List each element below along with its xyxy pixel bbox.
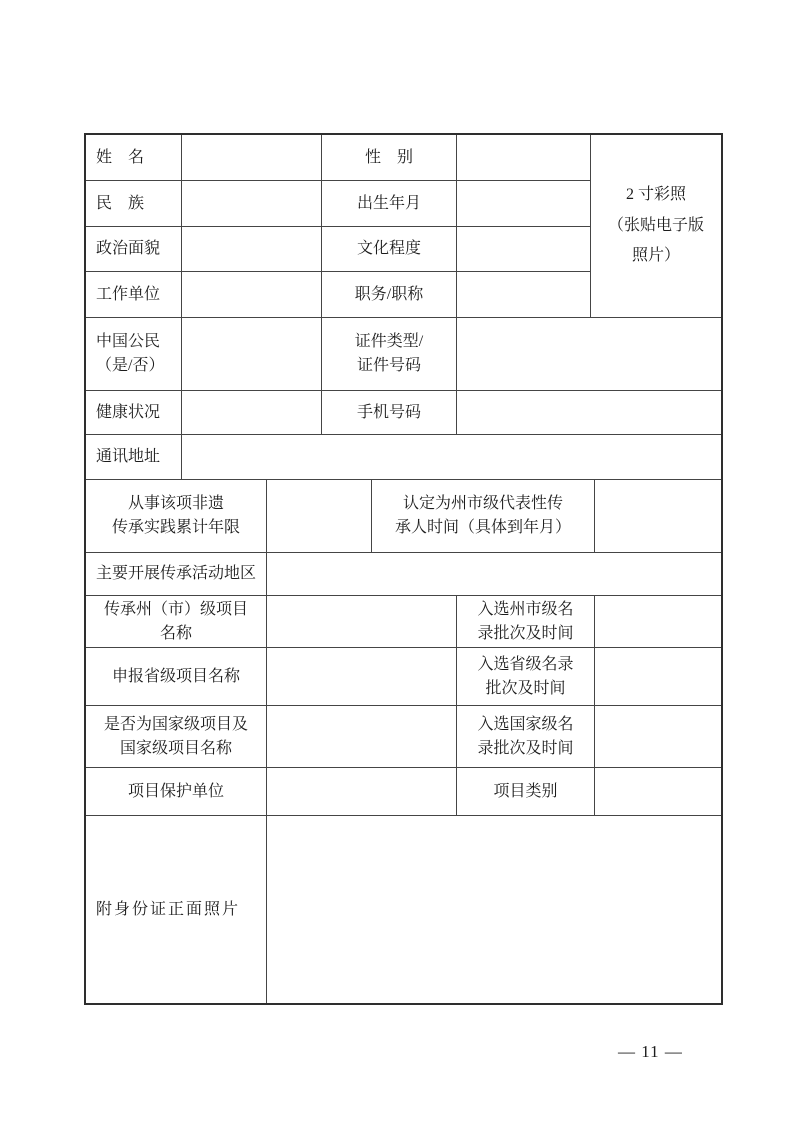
prefecture-batch-time-label: 入选州市级名 录批次及时间 <box>457 596 595 647</box>
position-title-label: 职务/职称 <box>322 272 457 317</box>
row-citizen-idnumber: 中国公民 （是/否） 证件类型/ 证件号码 <box>86 318 721 391</box>
birth-date-label: 出生年月 <box>322 181 457 226</box>
row-id-card-photo: 附身份证正面照片 <box>86 816 721 1003</box>
practice-years-label: 从事该项非遗 传承实践累计年限 <box>86 480 267 552</box>
id-card-photo-label: 附身份证正面照片 <box>86 816 267 1003</box>
gender-label: 性 别 <box>322 135 457 180</box>
national-project-name-value-cell <box>267 706 457 767</box>
row-provincial-project: 申报省级项目名称 入选省级名录 批次及时间 <box>86 648 721 706</box>
ethnicity-value-cell <box>182 181 322 226</box>
row-workunit-position: 工作单位 职务/职称 <box>86 272 590 317</box>
national-batch-time-label: 入选国家级名 录批次及时间 <box>457 706 595 767</box>
prefecture-batch-time-value-cell <box>595 596 721 647</box>
row-practice-recognition: 从事该项非遗 传承实践累计年限 认定为州市级代表性传 承人时间（具体到年月） <box>86 480 721 553</box>
mobile-value-cell <box>457 391 721 434</box>
position-title-value-cell <box>457 272 590 317</box>
address-label: 通讯地址 <box>86 435 182 479</box>
project-category-label: 项目类别 <box>457 768 595 815</box>
personal-info-left: 姓 名 性 别 民 族 出生年月 政治面貌 文化程度 <box>86 135 590 317</box>
provincial-project-name-value-cell <box>267 648 457 705</box>
health-label: 健康状况 <box>86 391 182 434</box>
name-label: 姓 名 <box>86 135 182 180</box>
recognized-time-label: 认定为州市级代表性传 承人时间（具体到年月） <box>372 480 595 552</box>
political-status-value-cell <box>182 227 322 271</box>
row-activity-area: 主要开展传承活动地区 <box>86 553 721 596</box>
prefecture-project-name-label: 传承州（市）级项目 名称 <box>86 596 267 647</box>
row-address: 通讯地址 <box>86 435 721 480</box>
address-value-cell <box>182 435 721 479</box>
protection-unit-label: 项目保护单位 <box>86 768 267 815</box>
provincial-batch-time-label: 入选省级名录 批次及时间 <box>457 648 595 705</box>
row-name-gender: 姓 名 性 别 <box>86 135 590 181</box>
chinese-citizen-value-cell <box>182 318 322 390</box>
ethnicity-label: 民 族 <box>86 181 182 226</box>
practice-years-value-cell <box>267 480 372 552</box>
page-number: — 11 — <box>618 1042 683 1062</box>
education-value-cell <box>457 227 590 271</box>
provincial-batch-time-value-cell <box>595 648 721 705</box>
project-category-value-cell <box>595 768 721 815</box>
document-page: 姓 名 性 别 民 族 出生年月 政治面貌 文化程度 <box>0 0 800 1122</box>
row-prefecture-project: 传承州（市）级项目 名称 入选州市级名 录批次及时间 <box>86 596 721 648</box>
row-political-education: 政治面貌 文化程度 <box>86 227 590 272</box>
education-label: 文化程度 <box>322 227 457 271</box>
activity-area-label: 主要开展传承活动地区 <box>86 553 267 595</box>
personal-info-band: 姓 名 性 别 民 族 出生年月 政治面貌 文化程度 <box>86 135 721 318</box>
application-form-table: 姓 名 性 别 民 族 出生年月 政治面貌 文化程度 <box>84 133 723 1005</box>
prefecture-project-name-value-cell <box>267 596 457 647</box>
national-project-name-label: 是否为国家级项目及 国家级项目名称 <box>86 706 267 767</box>
national-batch-time-value-cell <box>595 706 721 767</box>
health-value-cell <box>182 391 322 434</box>
work-unit-value-cell <box>182 272 322 317</box>
mobile-label: 手机号码 <box>322 391 457 434</box>
row-national-project: 是否为国家级项目及 国家级项目名称 入选国家级名 录批次及时间 <box>86 706 721 768</box>
political-status-label: 政治面貌 <box>86 227 182 271</box>
chinese-citizen-label: 中国公民 （是/否） <box>86 318 182 390</box>
row-protection-unit-category: 项目保护单位 项目类别 <box>86 768 721 816</box>
activity-area-value-cell <box>267 553 721 595</box>
provincial-project-name-label: 申报省级项目名称 <box>86 648 267 705</box>
name-value-cell <box>182 135 322 180</box>
birth-date-value-cell <box>457 181 590 226</box>
recognized-time-value-cell <box>595 480 721 552</box>
gender-value-cell <box>457 135 590 180</box>
work-unit-label: 工作单位 <box>86 272 182 317</box>
protection-unit-value-cell <box>267 768 457 815</box>
photo-box: 2 寸彩照 （张贴电子版 照片） <box>590 135 721 317</box>
id-card-photo-area <box>267 816 721 1003</box>
row-health-mobile: 健康状况 手机号码 <box>86 391 721 435</box>
id-type-number-label: 证件类型/ 证件号码 <box>322 318 457 390</box>
row-ethnicity-birth: 民 族 出生年月 <box>86 181 590 227</box>
id-type-number-value-cell <box>457 318 721 390</box>
